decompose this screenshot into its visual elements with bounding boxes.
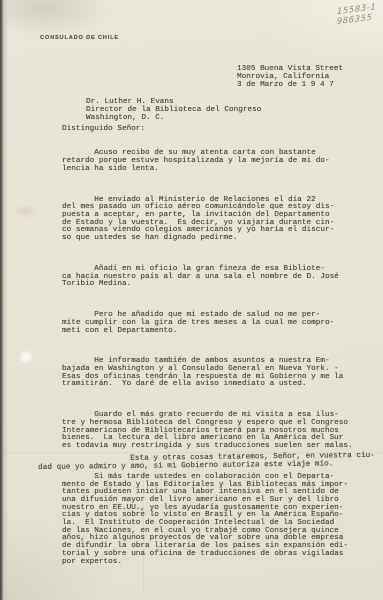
paragraph-7: Si más tarde ustedes en colaboración con… (62, 474, 367, 566)
paragraph-5: He informado también de ambos asuntos a … (62, 358, 367, 389)
page-edge-shadow (0, 0, 8, 600)
sender-address-block: 1305 Buena Vista Street Monrovia, Califo… (237, 66, 343, 90)
paragraph-6: Guardo el más grato recuerdo de mi visit… (62, 412, 367, 451)
paragraph-2: He enviado al Ministerio de Relaciones e… (62, 197, 367, 243)
recipient-address-block: Dr. Luther H. Evans Director de la Bibli… (86, 99, 261, 123)
salutation: Distinguido Señor: (62, 126, 145, 134)
letter-body: Acuso recibo de su muy atenta carta con … (62, 135, 367, 589)
paragraph-3: Añadí en mi oficio la gran fineza de esa… (62, 266, 367, 289)
letter-page: 15583-1 986355 CONSULADO DE CHILE 1305 B… (0, 0, 383, 600)
paragraph-4: Pero he añadido que mi estado de salud n… (62, 312, 367, 335)
punch-hole (20, 351, 32, 363)
handwritten-annotations: 15583-1 986355 (337, 2, 377, 27)
paragraph-1: Acuso recibo de su muy atenta carta con … (62, 150, 367, 173)
consulate-stamp: CONSULADO DE CHILE (40, 35, 119, 41)
